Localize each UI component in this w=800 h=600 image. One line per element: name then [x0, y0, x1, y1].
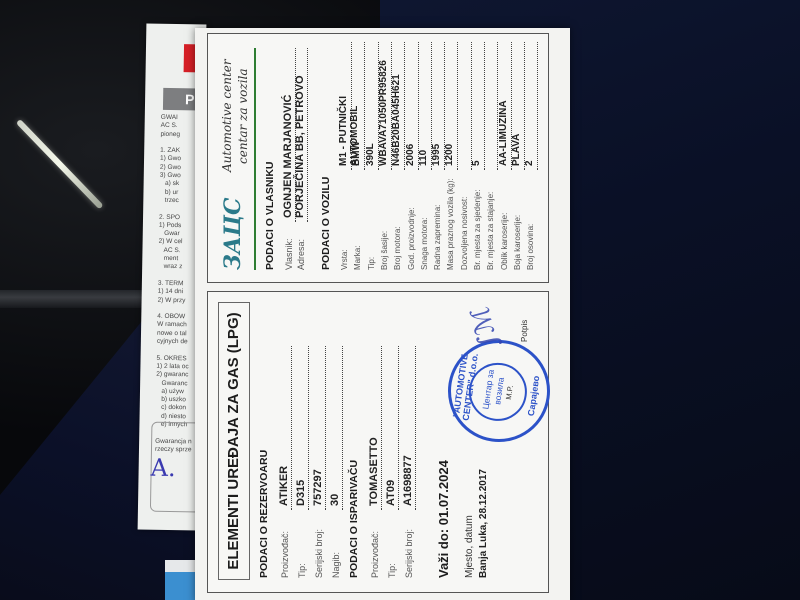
place-date-label: Mjesto, datum — [464, 515, 475, 578]
lpg-title: ELEMENTI UREĐAJA ZA GAS (LPG) — [218, 302, 250, 580]
field-label: Tip: — [367, 257, 376, 270]
lpg-certificate-card-wrapper: ELEMENTI UREĐAJA ZA GAS (LPG) PODACI O R… — [195, 28, 570, 600]
field-label: Boja karoserije: — [513, 215, 522, 270]
field-label: Broj šasije: — [380, 231, 389, 270]
vaporizer-heading: PODACI O ISPARIVAČU — [348, 460, 360, 578]
field-label: Adresa: — [296, 239, 306, 270]
field-value: N46B20BA045H621 — [391, 42, 405, 170]
vehicle-heading: PODACI O VOZILU — [320, 177, 332, 270]
field-value: 1200 — [444, 42, 458, 170]
field-value: 390L — [365, 42, 379, 170]
field-label: Serijski broj: — [314, 529, 324, 578]
field-label: Proizvođač: — [280, 531, 290, 578]
field-value: BMW — [351, 42, 365, 170]
field-value — [458, 42, 472, 170]
field-value: D315 — [295, 346, 309, 510]
field-value: WBAVA71050PR95826 — [378, 42, 392, 170]
field-label: Proizvođač: — [370, 531, 380, 578]
company-name-line1: Automotive center — [220, 59, 234, 172]
company-stamp: "AUTOMOTIVE CENTER" d.o.o. Центар за воз… — [441, 333, 556, 448]
field-value: PORJEČINA BB, PETROVO — [294, 48, 308, 222]
field-value: 757297 — [312, 346, 326, 510]
field-value: TOMASETTO — [368, 346, 382, 510]
field-label: Marka: — [353, 246, 362, 270]
field-label: Snaga motora: — [420, 218, 429, 270]
lpg-certificate-card: ELEMENTI UREĐAJA ZA GAS (LPG) PODACI O R… — [195, 28, 570, 600]
company-logo: ЗАЦС — [220, 197, 246, 270]
valid-until-label: Važi do: — [436, 529, 451, 578]
field-label: Vrsta: — [340, 249, 349, 270]
signature-label: Potpis — [520, 320, 529, 342]
field-value: 30 — [329, 346, 343, 510]
field-value: A1698877 — [402, 346, 416, 510]
field-label: Vlasnik: — [284, 238, 294, 270]
field-value: 110 — [418, 42, 432, 170]
field-label: Radna zapremina: — [433, 205, 442, 270]
tank-heading: PODACI O REZERVOARU — [258, 450, 270, 578]
field-label: Broj osovina: — [526, 224, 535, 270]
field-label: Serijski broj: — [404, 529, 414, 578]
place-date: Banja Luka, 28.12.2017 — [478, 469, 489, 578]
field-value: 2006 — [405, 42, 419, 170]
field-value: M1 - PUTNIČKI AUTOMOBIL — [338, 42, 352, 170]
field-value: 1995 — [431, 42, 445, 170]
leaflet-signature: A. — [150, 454, 175, 482]
valid-until-date: 01.07.2024 — [436, 460, 451, 525]
field-label: Tip: — [297, 563, 307, 578]
lpg-elements-panel: ELEMENTI UREĐAJA ZA GAS (LPG) PODACI O R… — [207, 291, 549, 593]
valid-until: Važi do: 01.07.2024 — [436, 460, 451, 578]
field-value: ATIKER — [278, 346, 292, 510]
logo-divider — [254, 48, 256, 270]
field-label: Tip: — [387, 563, 397, 578]
field-value: PLAVA — [511, 42, 525, 170]
field-value — [484, 42, 498, 170]
field-value: 2 — [524, 42, 538, 170]
company-name-line2: centar za vozila — [236, 68, 250, 164]
field-label: Br. mjesta za stajanje: — [486, 192, 495, 270]
field-value: AT09 — [385, 346, 399, 510]
field-label: Br. mjesta za sjedenje: — [473, 190, 482, 270]
field-label: Oblik karoserije: — [500, 213, 509, 270]
field-label: Nagib: — [331, 552, 341, 578]
owner-heading: PODACI O VLASNIKU — [264, 161, 276, 270]
field-label: Masa praznog vozila (kg): — [446, 178, 455, 270]
field-value: AA-LIMUZINA — [498, 42, 512, 170]
field-label: God. proizvodnje: — [407, 207, 416, 270]
field-label: Broj motora: — [393, 226, 402, 270]
field-value: 5 — [471, 42, 485, 170]
field-label: Dozvoljena nosivost: — [460, 197, 469, 270]
vehicle-panel: ЗАЦС Automotive center centar za vozila … — [207, 33, 549, 283]
